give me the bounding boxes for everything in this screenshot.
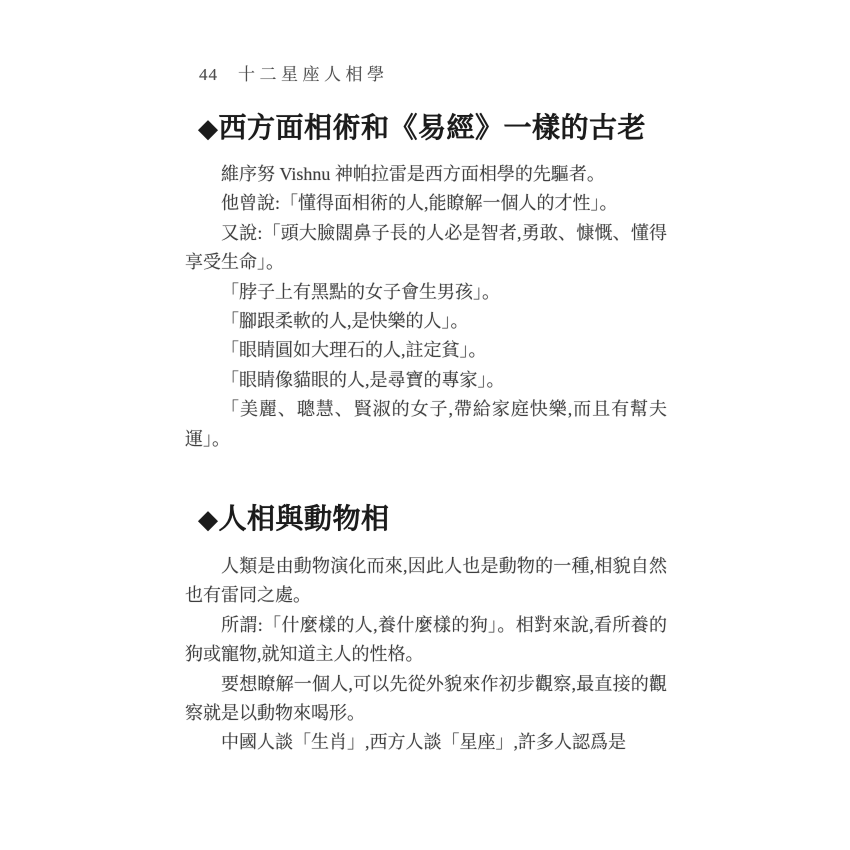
paragraph: 「美麗、聰慧、賢淑的女子,帶給家庭快樂,而且有幫夫運」。 xyxy=(185,395,667,454)
section-heading-human-animal: ◆人相與動物相 xyxy=(198,503,390,537)
section-body-human-animal: 人類是由動物演化而來,因此人也是動物的一種,相貌自然也有雷同之處。 所謂:「什麼… xyxy=(185,552,667,758)
book-title: 十二星座人相學 xyxy=(238,65,389,84)
paragraph: 「眼睛圓如大理石的人,註定貧」。 xyxy=(185,336,667,365)
paragraph: 人類是由動物演化而來,因此人也是動物的一種,相貌自然也有雷同之處。 xyxy=(185,552,667,611)
section-heading-west-physiognomy-text: 西方面相術和《易經》一樣的古老 xyxy=(219,113,647,144)
paragraph: 又說:「頭大臉闊鼻子長的人必是智者,勇敢、慷慨、懂得享受生命」。 xyxy=(185,219,667,278)
paragraph: 「眼睛像貓眼的人,是尋寶的專家」。 xyxy=(185,366,667,395)
paragraph: 「腳跟柔軟的人,是快樂的人」。 xyxy=(185,307,667,336)
paragraph: 所謂:「什麼樣的人,養什麼樣的狗」。相對來說,看所養的狗或寵物,就知道主人的性格… xyxy=(185,611,667,670)
section-heading-west-physiognomy: ◆西方面相術和《易經》一樣的古老 xyxy=(198,112,646,146)
paragraph: 要想瞭解一個人,可以先從外貌來作初步觀察,最直接的觀察就是以動物來喝形。 xyxy=(185,670,667,729)
running-head: 44十二星座人相學 xyxy=(199,60,389,85)
page-number: 44 xyxy=(199,65,218,84)
paragraph: 「脖子上有黑點的女子會生男孩」。 xyxy=(185,278,667,307)
diamond-bullet-icon: ◆ xyxy=(198,505,219,534)
section-body-west-physiognomy: 維序努 Vishnu 神帕拉雷是西方面相學的先驅者。 他曾說:「懂得面相術的人,… xyxy=(185,160,667,454)
paragraph: 他曾說:「懂得面相術的人,能瞭解一個人的才性」。 xyxy=(185,189,667,218)
paragraph: 中國人談「生肖」,西方人談「星座」,許多人認爲是 xyxy=(185,728,667,757)
book-page: 44十二星座人相學 ◆西方面相術和《易經》一樣的古老 維序努 Vishnu 神帕… xyxy=(0,0,850,850)
diamond-bullet-icon: ◆ xyxy=(198,114,219,143)
section-heading-human-animal-text: 人相與動物相 xyxy=(219,504,390,535)
paragraph: 維序努 Vishnu 神帕拉雷是西方面相學的先驅者。 xyxy=(185,160,667,189)
